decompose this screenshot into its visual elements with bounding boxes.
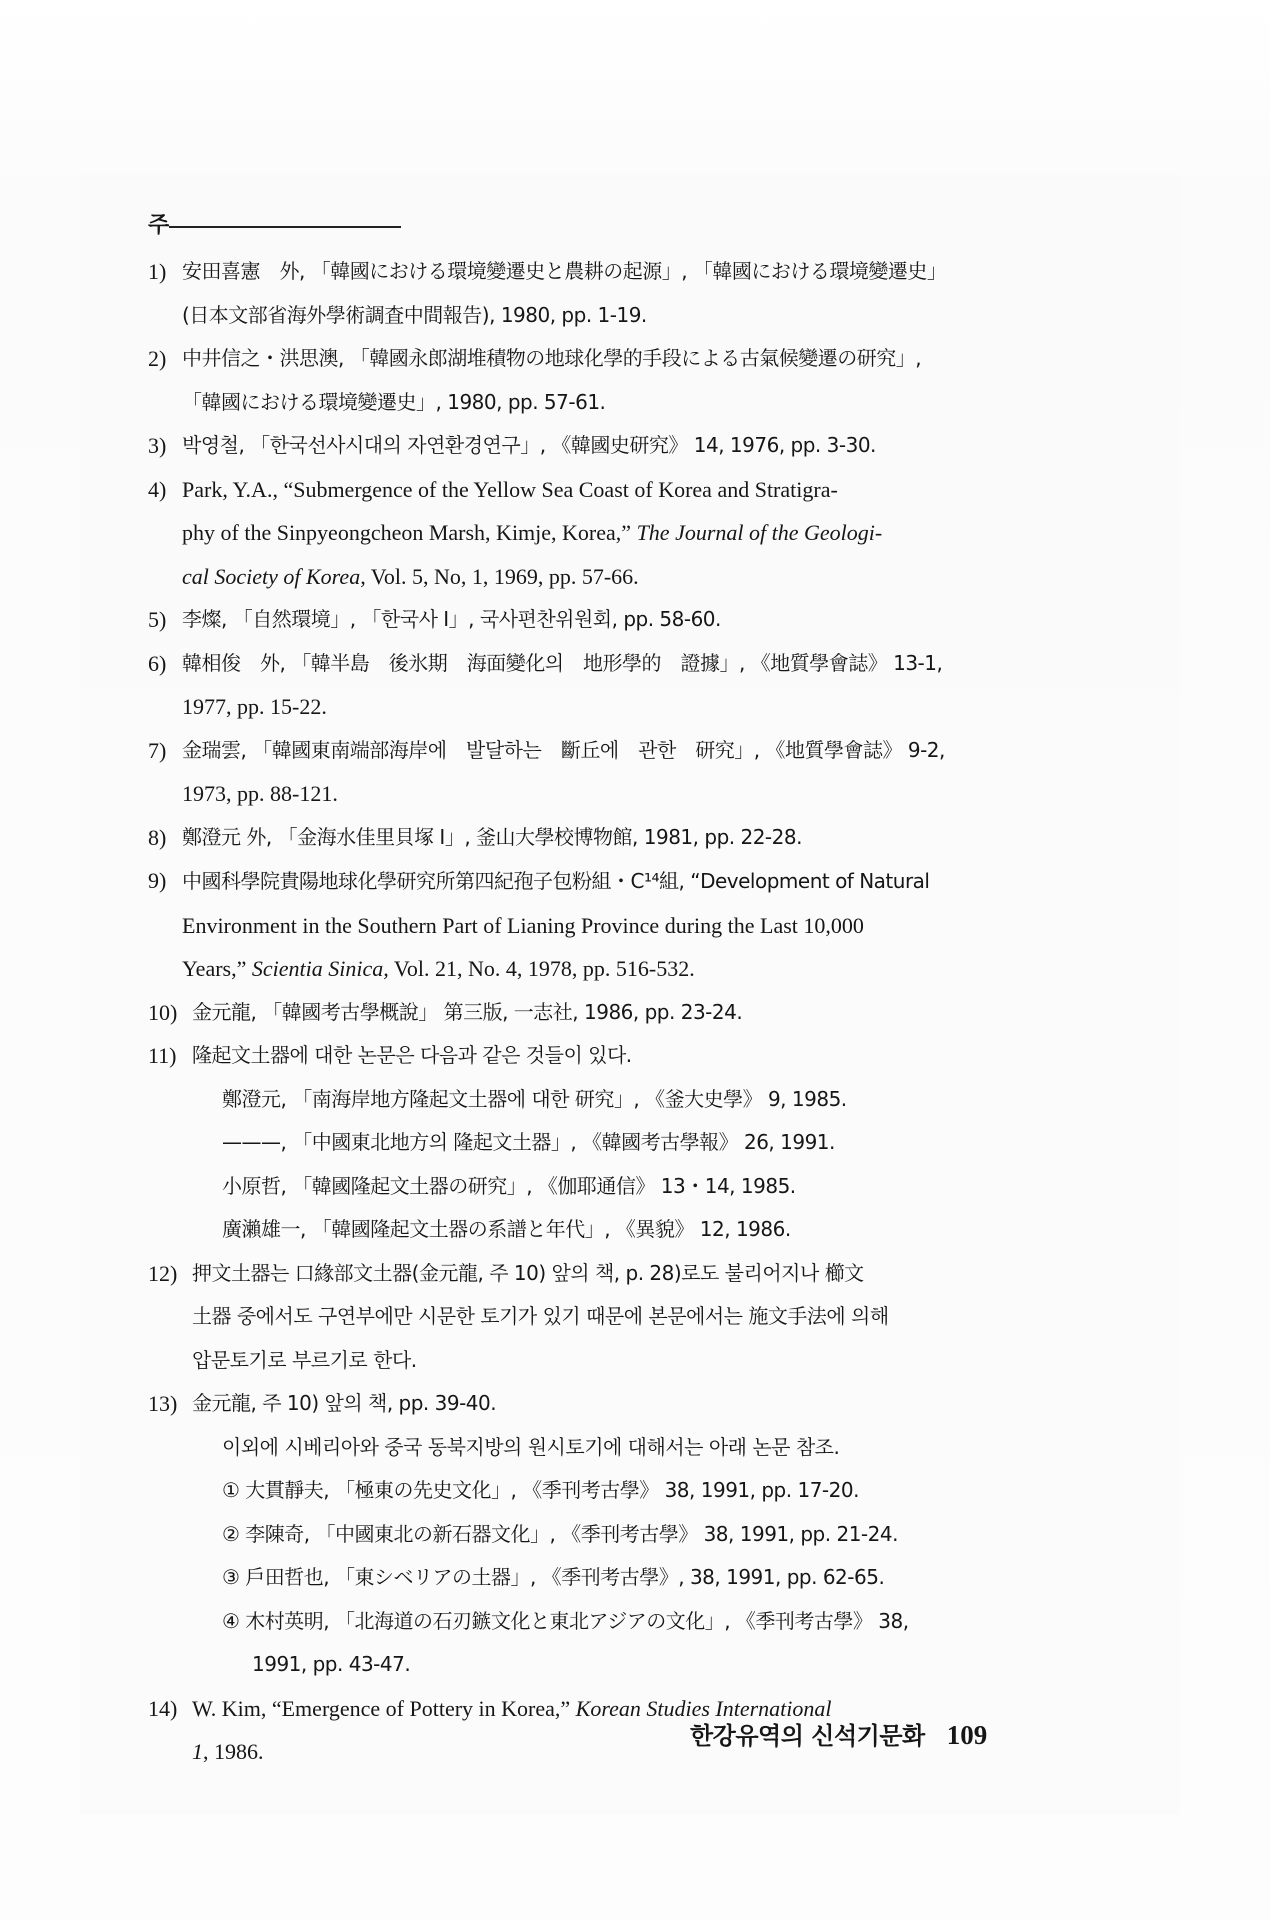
note-line: cal Society of Korea, Vol. 5, No, 1, 196… xyxy=(182,555,1068,599)
note-line: 1977, pp. 15-22. xyxy=(182,685,1068,729)
note-line: 金元龍, 주 10) 앞의 책, pp. 39-40. xyxy=(192,1382,1068,1426)
reference-marker: ③ xyxy=(222,1565,239,1589)
note-line: 金瑞雲, 「韓國東南端部海岸에 발달하는 斷丘에 관한 研究」, 《地質學會誌》… xyxy=(182,729,1068,773)
footnotes-list: 1)安田喜憲 外, 「韓國における環境變遷史と農耕の起源」, 「韓國における環境… xyxy=(148,250,1068,1774)
reference-item: ① 大貫靜夫, 「極東の先史文化」, 《季刊考古學》 38, 1991, pp.… xyxy=(192,1469,1068,1513)
note-line: 이외에 시베리아와 중국 동북지방의 원시토기에 대해서는 아래 논문 참조. xyxy=(192,1426,1068,1470)
note-text: Park, Y.A., “Submergence of the Yellow S… xyxy=(182,477,838,502)
note-line: Park, Y.A., “Submergence of the Yellow S… xyxy=(182,468,1068,512)
footnote-10: 10)金元龍, 「韓國考古學概說」 第三版, 一志社, 1986, pp. 23… xyxy=(148,991,1068,1035)
note-line: 安田喜憲 外, 「韓國における環境變遷史と農耕の起源」, 「韓國における環境變遷… xyxy=(182,250,1068,294)
reference-text: 木村英明, 「北海道の石刃鏃文化と東北アジアの文化」, 《季刊考古學》 38, xyxy=(245,1609,908,1633)
footnote-number: 11) xyxy=(148,1034,177,1078)
note-line: 韓相俊 外, 「韓半島 後氷期 海面變化의 地形學的 證據」, 《地質學會誌》 … xyxy=(182,642,1068,686)
note-line: 압문토기로 부르기로 한다. xyxy=(192,1339,1068,1383)
reference-item: 1991, pp. 43-47. xyxy=(192,1643,1068,1687)
footnote-8: 8)鄭澄元 外, 「金海水佳里貝塚 Ⅰ」, 釜山大學校博物館, 1981, pp… xyxy=(148,816,1068,860)
note-line: 「韓國における環境變遷史」, 1980, pp. 57-61. xyxy=(182,381,1068,425)
notes-section-header: 주 xyxy=(148,213,401,239)
reference-item: ④ 木村英明, 「北海道の石刃鏃文化と東北アジアの文化」, 《季刊考古學》 38… xyxy=(192,1600,1068,1644)
note-line: 隆起文土器에 대한 논문은 다음과 같은 것들이 있다. xyxy=(192,1034,1068,1078)
footnote-13: 13)金元龍, 주 10) 앞의 책, pp. 39-40.이외에 시베리아와 … xyxy=(148,1382,1068,1687)
note-text: Vol. 5, No, 1, 1969, pp. 57-66. xyxy=(366,564,639,589)
reference-marker: ② xyxy=(222,1522,239,1546)
note-text: phy of the Sinpyeongcheon Marsh, Kimje, … xyxy=(182,520,637,545)
reference-text: 戶田哲也, 「東シベリアの土器」, 《季刊考古學》, 38, 1991, pp.… xyxy=(245,1565,884,1589)
footnote-number: 9) xyxy=(148,859,166,903)
note-line: 中井信之・洪思澳, 「韓國永郎湖堆積物の地球化學的手段による古氣候變遷の研究」, xyxy=(182,337,1068,381)
footnote-6: 6)韓相俊 外, 「韓半島 後氷期 海面變化의 地形學的 證據」, 《地質學會誌… xyxy=(148,642,1068,729)
footnote-number: 2) xyxy=(148,337,166,381)
note-text: Vol. 21, No. 4, 1978, pp. 516-532. xyxy=(389,956,695,981)
footnote-number: 1) xyxy=(148,250,166,294)
footnote-number: 10) xyxy=(148,991,177,1035)
note-line: ———, 「中國東北地方의 隆起文土器」, 《韓國考古學報》 26, 1991. xyxy=(192,1121,1068,1165)
note-text: Environment in the Southern Part of Lian… xyxy=(182,913,864,938)
running-title: 한강유역의 신석기문화 xyxy=(690,1716,925,1751)
note-line: 鄭澄元 外, 「金海水佳里貝塚 Ⅰ」, 釜山大學校博物館, 1981, pp. … xyxy=(182,816,1068,860)
note-line: 박영철, 「한국선사시대의 자연환경연구」, 《韓國史研究》 14, 1976,… xyxy=(182,424,1068,468)
footnote-number: 8) xyxy=(148,816,166,860)
note-text: W. Kim, “Emergence of Pottery in Korea,” xyxy=(192,1696,576,1721)
note-line: 金元龍, 「韓國考古學概說」 第三版, 一志社, 1986, pp. 23-24… xyxy=(192,991,1068,1035)
footnote-4: 4)Park, Y.A., “Submergence of the Yellow… xyxy=(148,468,1068,599)
footnote-number: 5) xyxy=(148,598,166,642)
page-footer: 한강유역의 신석기문화 109 xyxy=(690,1716,987,1751)
footnote-11: 11)隆起文土器에 대한 논문은 다음과 같은 것들이 있다.鄭澄元, 「南海岸… xyxy=(148,1034,1068,1252)
note-line: 小原哲, 「韓國隆起文土器の研究」, 《伽耶通信》 13・14, 1985. xyxy=(192,1165,1068,1209)
notes-header-rule xyxy=(169,226,401,228)
italic-title: Scientia Sinica, xyxy=(252,956,389,981)
footnote-12: 12)押文土器는 口緣部文土器(金元龍, 주 10) 앞의 책, p. 28)로… xyxy=(148,1252,1068,1383)
italic-title: cal Society of Korea, xyxy=(182,564,366,589)
reference-item: ③ 戶田哲也, 「東シベリアの土器」, 《季刊考古學》, 38, 1991, p… xyxy=(192,1556,1068,1600)
note-line: 李燦, 「自然環境」, 「한국사 Ⅰ」, 국사편찬위원회, pp. 58-60. xyxy=(182,598,1068,642)
footnote-number: 14) xyxy=(148,1687,177,1731)
footnote-3: 3)박영철, 「한국선사시대의 자연환경연구」, 《韓國史研究》 14, 197… xyxy=(148,424,1068,468)
note-line: Environment in the Southern Part of Lian… xyxy=(182,904,1068,948)
note-line: 鄭澄元, 「南海岸地方隆起文土器에 대한 研究」, 《釜大史學》 9, 1985… xyxy=(192,1078,1068,1122)
note-text: Years,” xyxy=(182,956,252,981)
note-line: 1973, pp. 88-121. xyxy=(182,772,1068,816)
book-page: 주 1)安田喜憲 外, 「韓國における環境變遷史と農耕の起源」, 「韓國における… xyxy=(0,0,1270,1920)
reference-text: 大貫靜夫, 「極東の先史文化」, 《季刊考古學》 38, 1991, pp. 1… xyxy=(245,1478,859,1502)
footnote-number: 13) xyxy=(148,1382,177,1426)
notes-marker: 주 xyxy=(148,213,169,239)
note-line: 押文土器는 口緣部文土器(金元龍, 주 10) 앞의 책, p. 28)로도 불… xyxy=(192,1252,1068,1296)
note-line: 廣瀨雄一, 「韓國隆起文土器の系譜と年代」, 《異貌》 12, 1986. xyxy=(192,1208,1068,1252)
note-text: , 1986. xyxy=(203,1739,264,1764)
footnote-1: 1)安田喜憲 外, 「韓國における環境變遷史と農耕の起源」, 「韓國における環境… xyxy=(148,250,1068,337)
footnote-number: 12) xyxy=(148,1252,177,1296)
footnote-number: 4) xyxy=(148,468,166,512)
page-number: 109 xyxy=(947,1720,988,1751)
reference-text: 1991, pp. 43-47. xyxy=(252,1652,410,1676)
footnote-number: 3) xyxy=(148,424,166,468)
footnote-9: 9)中國科學院貴陽地球化學研究所第四紀孢子包粉組・C¹⁴組, “Developm… xyxy=(148,859,1068,991)
reference-text: 李陳奇, 「中國東北の新石器文化」, 《季刊考古學》 38, 1991, pp.… xyxy=(245,1522,898,1546)
note-line: phy of the Sinpyeongcheon Marsh, Kimje, … xyxy=(182,511,1068,555)
note-line: (日本文部省海外學術調査中間報告), 1980, pp. 1-19. xyxy=(182,294,1068,338)
footnote-number: 6) xyxy=(148,642,166,686)
note-line: 中國科學院貴陽地球化學研究所第四紀孢子包粉組・C¹⁴組, “Developmen… xyxy=(182,859,1068,904)
footnote-7: 7)金瑞雲, 「韓國東南端部海岸에 발달하는 斷丘에 관한 研究」, 《地質學會… xyxy=(148,729,1068,816)
note-line: 土器 중에서도 구연부에만 시문한 토기가 있기 때문에 본문에서는 施文手法에… xyxy=(192,1295,1068,1339)
reference-marker: ④ xyxy=(222,1609,239,1633)
footnote-number: 7) xyxy=(148,729,166,773)
note-line: Years,” Scientia Sinica, Vol. 21, No. 4,… xyxy=(182,947,1068,991)
italic-title: The Journal of the Geologi- xyxy=(637,520,883,545)
reference-marker: ① xyxy=(222,1478,239,1502)
note-text: 中國科學院貴陽地球化學研究所第四紀孢子包粉組・C¹⁴組, “Developmen… xyxy=(182,869,929,893)
reference-item: ② 李陳奇, 「中國東北の新石器文化」, 《季刊考古學》 38, 1991, p… xyxy=(192,1513,1068,1557)
footnote-5: 5)李燦, 「自然環境」, 「한국사 Ⅰ」, 국사편찬위원회, pp. 58-6… xyxy=(148,598,1068,642)
footnote-2: 2)中井信之・洪思澳, 「韓國永郎湖堆積物の地球化學的手段による古氣候變遷の研究… xyxy=(148,337,1068,424)
italic-title: 1 xyxy=(192,1739,203,1764)
